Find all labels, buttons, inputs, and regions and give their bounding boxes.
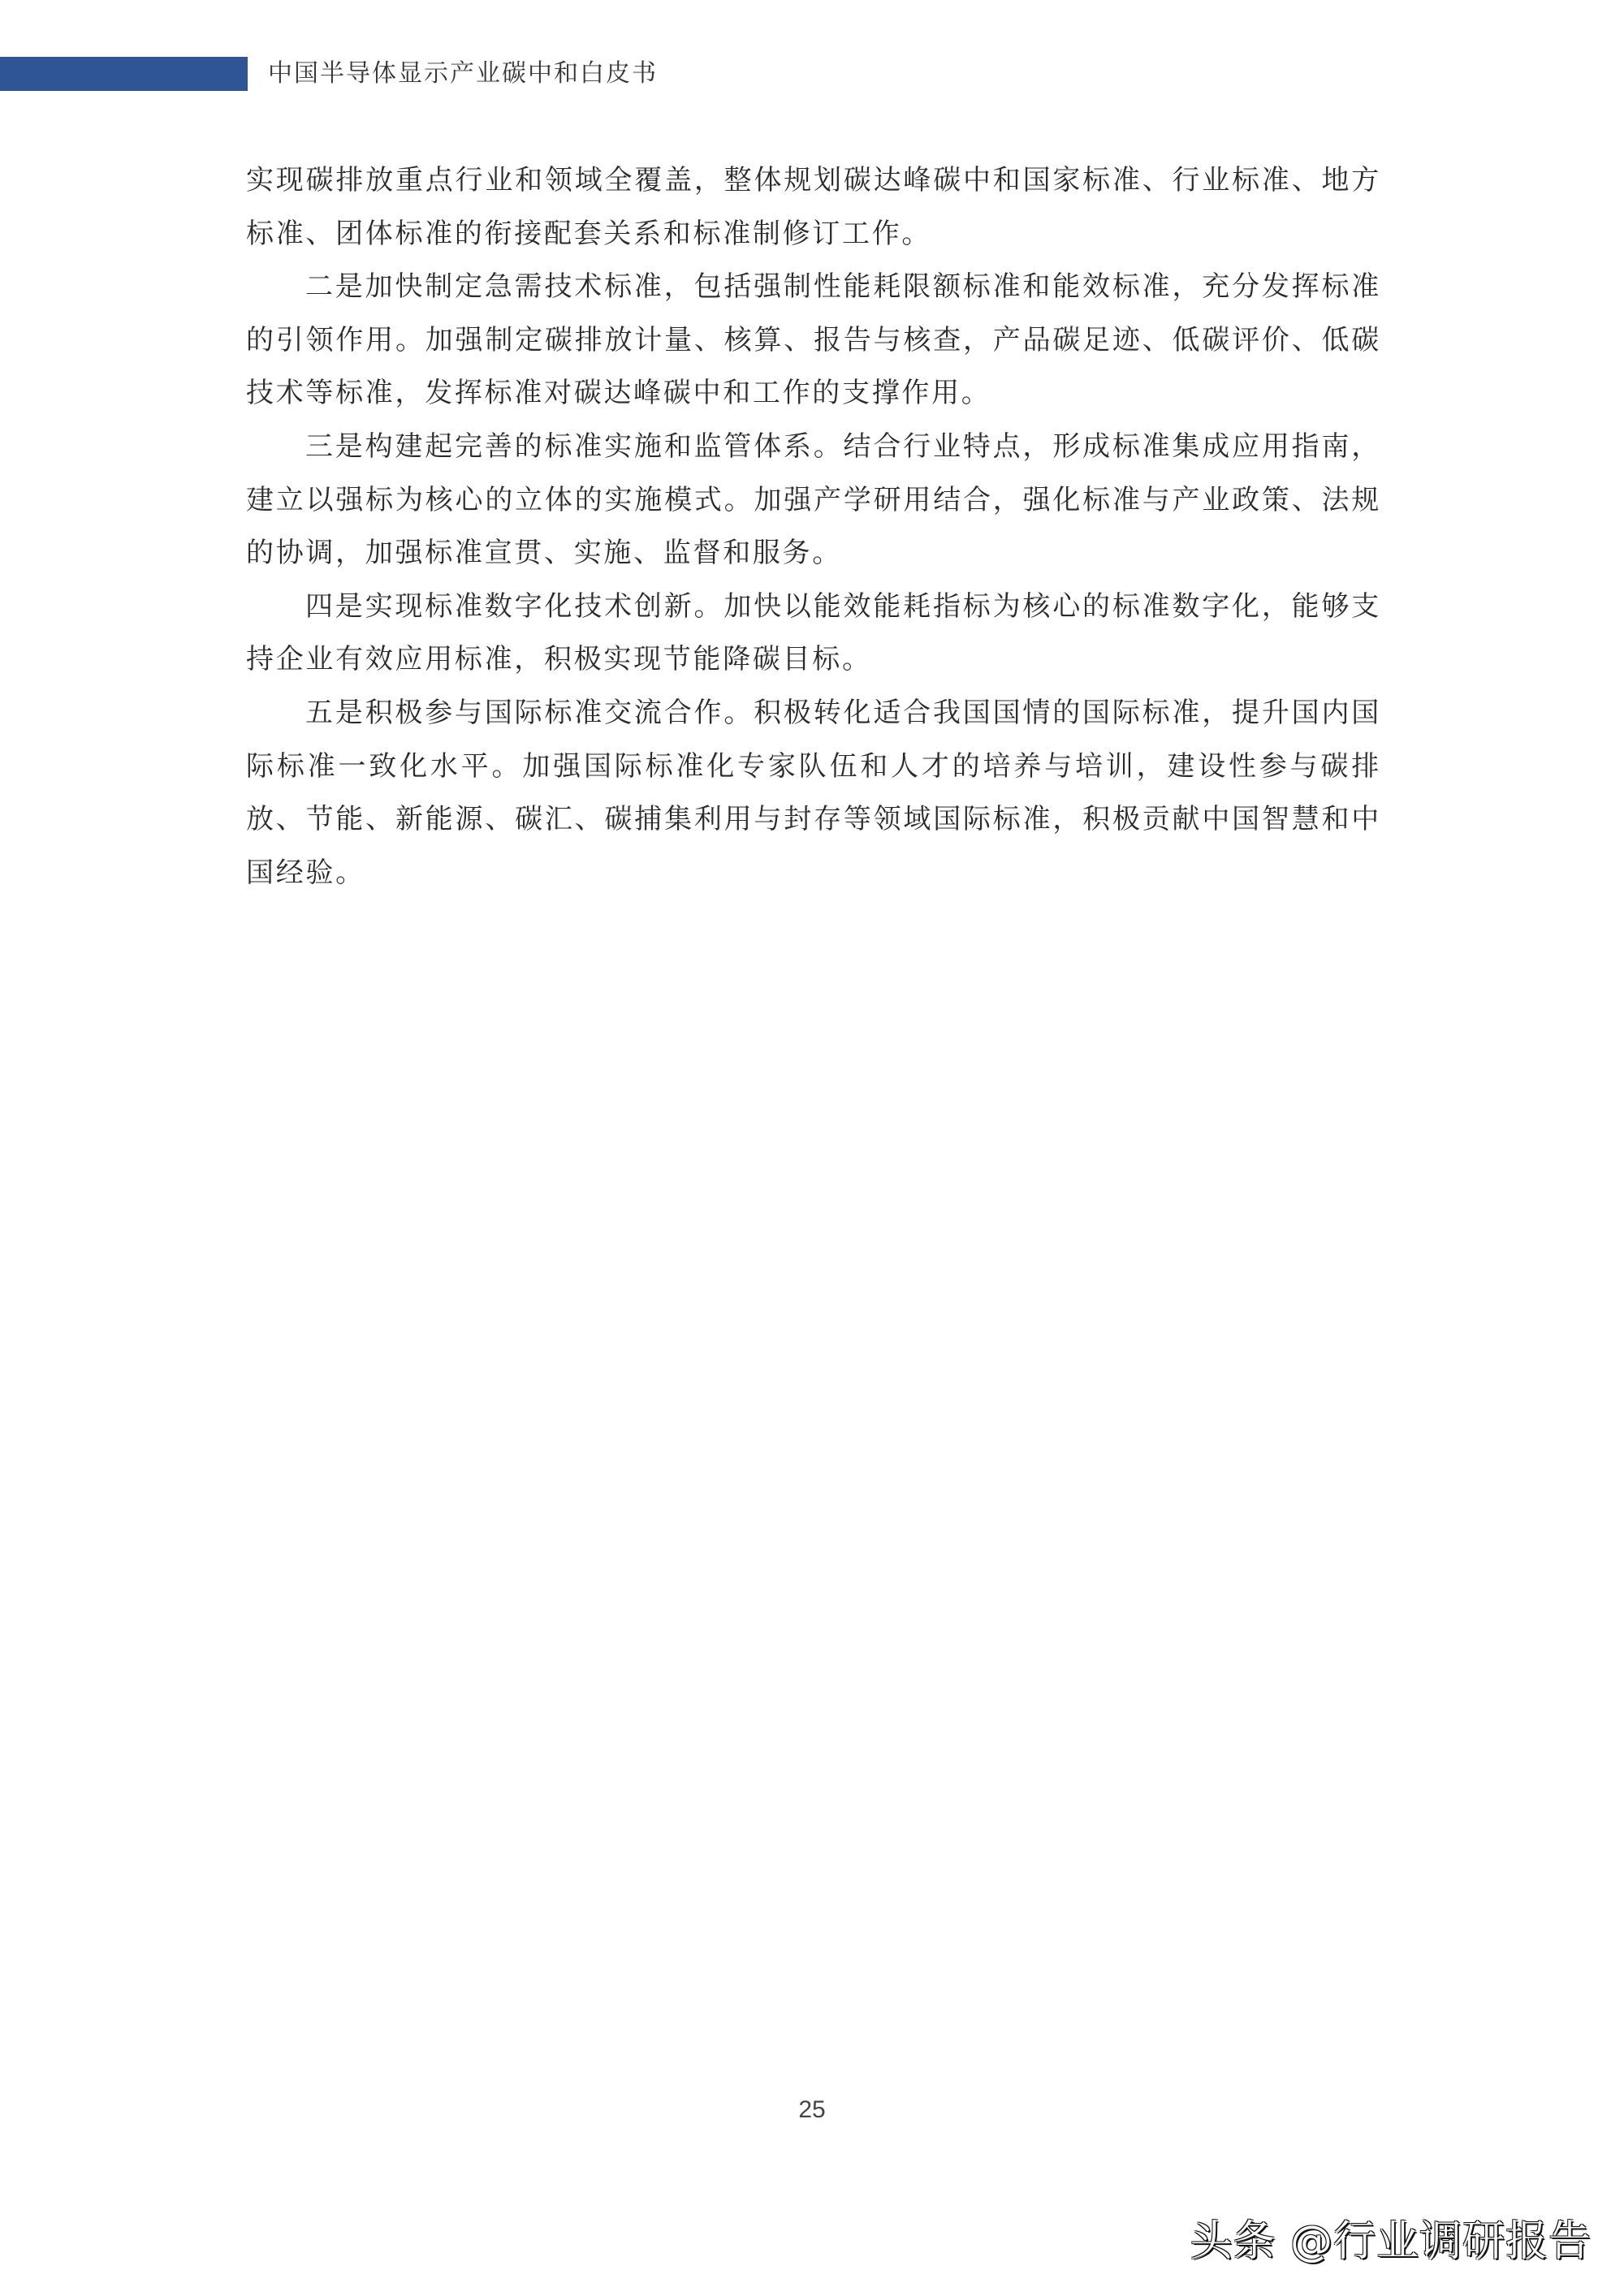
watermark: 头条 @行业调研报告 — [1190, 2215, 1592, 2268]
paragraph-3: 三是构建起完善的标准实施和监管体系。结合行业特点，形成标准集成应用指南，建立以强… — [246, 421, 1381, 580]
paragraph-5: 五是积极参与国际标准交流合作。积极转化适合我国国情的国际标准，提升国内国际标准一… — [246, 687, 1381, 900]
body-text: 实现碳排放重点行业和领域全覆盖，整体规划碳达峰碳中和国家标准、行业标准、地方标准… — [246, 154, 1381, 900]
paragraph-4: 四是实现标准数字化技术创新。加快以能效能耗指标为核心的标准数字化，能够支持企业有… — [246, 580, 1381, 687]
paragraph-1: 实现碳排放重点行业和领域全覆盖，整体规划碳达峰碳中和国家标准、行业标准、地方标准… — [246, 154, 1381, 261]
page-number: 25 — [0, 2096, 1624, 2124]
document-title: 中国半导体显示产业碳中和白皮书 — [268, 58, 658, 89]
paragraph-2: 二是加快制定急需技术标准，包括强制性能耗限额标准和能效标准，充分发挥标准的引领作… — [246, 261, 1381, 421]
header-accent-bar — [0, 57, 248, 91]
